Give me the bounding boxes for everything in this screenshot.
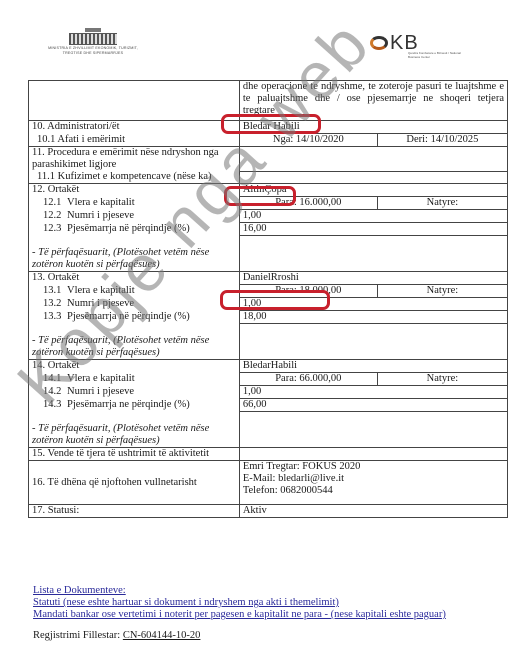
capital-label: 13.1Vlera e kapitalit xyxy=(29,285,240,298)
government-building-icon xyxy=(67,28,119,44)
table-row: - Të përfaqësuarit, (Plotësohet vetëm në… xyxy=(29,412,508,448)
table-row: 10. Administratori/ët Bledar Habili xyxy=(29,121,508,134)
shares-label: 14.2Numri i pjeseve xyxy=(29,386,240,399)
procedure-value xyxy=(239,147,507,172)
empty-cell xyxy=(29,81,240,121)
percentage-label: 14.3Pjesëmarrja ne përqindje (%) xyxy=(29,399,240,412)
registration-code[interactable]: CN-604144-10-20 xyxy=(123,630,201,641)
table-row: 14.1Vlera e kapitalit Para: 66.000,00 Na… xyxy=(29,373,508,386)
capital-kind: Natyre: xyxy=(378,197,507,209)
competence-limits-value xyxy=(239,171,507,184)
capital-label: 12.1Vlera e kapitalit xyxy=(29,197,240,210)
ministry-logo: MINISTRIA E ZHVILLIMIT EKONOMIK, TURIZMI… xyxy=(48,28,138,62)
shares-value: 1,00 xyxy=(239,298,507,311)
partner-label: 13. Ortakët xyxy=(29,272,240,285)
okb-subtitle: Qendra Kombetare e Biznesit / National B… xyxy=(408,52,468,59)
capital-money: Para: 16.000,00 xyxy=(240,197,378,209)
table-row: 14. Ortakët BledarHabili xyxy=(29,360,508,373)
capital-cell: Para: 16.000,00 Natyre: xyxy=(239,197,507,210)
document-link-statute[interactable]: Statuti (nese eshte hartuar si dokument … xyxy=(33,597,446,609)
table-row: 12.2Numri i pjeseve 1,00 xyxy=(29,210,508,223)
table-row: 14.3Pjesëmarrja ne përqindje (%) 66,00 xyxy=(29,399,508,412)
representatives-value xyxy=(239,236,507,272)
initial-registration: Regjistrimi Fillestar: CN-604144-10-20 xyxy=(33,630,200,641)
activity-continuation: dhe operacione te ndryshme, te zoteroje … xyxy=(239,81,507,121)
representatives-label: - Të përfaqësuarit, (Plotësohet vetëm në… xyxy=(29,412,240,448)
shares-label: 12.2Numri i pjeseve xyxy=(29,210,240,223)
table-row: 14.2Numri i pjeseve 1,00 xyxy=(29,386,508,399)
table-row: - Të përfaqësuarit, (Plotësohet vetëm në… xyxy=(29,324,508,360)
percentage-value: 66,00 xyxy=(239,399,507,412)
representatives-label: - Të përfaqësuarit, (Plotësohet vetëm në… xyxy=(29,324,240,360)
capital-cell: Para: 18.000,00 Natyre: xyxy=(239,285,507,298)
competence-limits-label: 11.1 Kufizimet e kompetencave (nëse ka) xyxy=(29,171,240,184)
table-row: 17. Statusi: Aktiv xyxy=(29,505,508,518)
administrator-value: Bledar Habili xyxy=(239,121,507,134)
voluntary-info-label: 16. Të dhëna që njoftohen vullnetarisht xyxy=(29,461,240,505)
shares-value: 1,00 xyxy=(239,386,507,399)
table-row: 13.1Vlera e kapitalit Para: 18.000,00 Na… xyxy=(29,285,508,298)
ministry-name: MINISTRIA E ZHVILLIMIT EKONOMIK, TURIZMI… xyxy=(48,46,138,55)
documents-list-title[interactable]: Lista e Dokumenteve: xyxy=(33,585,446,597)
partner-name: AltinÇopa xyxy=(239,184,507,197)
term-label: 10.1 Afati i emërimit xyxy=(29,134,240,147)
table-row: 11. Procedura e emërimit nëse ndryshon n… xyxy=(29,147,508,172)
table-row: 15. Vende të tjera të ushtrimit të aktiv… xyxy=(29,448,508,461)
term-to: Deri: 14/10/2025 xyxy=(378,134,507,146)
table-row: 10.1 Afati i emërimit Nga: 14/10/2020 De… xyxy=(29,134,508,147)
trade-name: Emri Tregtar: FOKUS 2020 xyxy=(243,461,504,473)
shares-label: 13.2Numri i pjeseve xyxy=(29,298,240,311)
percentage-value: 18,00 xyxy=(239,311,507,324)
capital-money: Para: 18.000,00 xyxy=(240,285,378,297)
document-link-bank-mandate[interactable]: Mandati bankar ose vertetimi i noterit p… xyxy=(33,609,446,621)
partner-label: 14. Ortakët xyxy=(29,360,240,373)
representatives-label: - Të përfaqësuarit, (Plotësohet vetëm në… xyxy=(29,236,240,272)
table-row: - Të përfaqësuarit, (Plotësohet vetëm në… xyxy=(29,236,508,272)
email: E-Mail: bledarli@live.it xyxy=(243,473,504,485)
capital-kind: Natyre: xyxy=(378,373,507,385)
capital-cell: Para: 66.000,00 Natyre: xyxy=(239,373,507,386)
table-row: 16. Të dhëna që njoftohen vullnetarisht … xyxy=(29,461,508,505)
table-row: 12. Ortakët AltinÇopa xyxy=(29,184,508,197)
voluntary-info-value: Emri Tregtar: FOKUS 2020 E-Mail: bledarl… xyxy=(239,461,507,505)
table-row: 13. Ortakët DanielRroshi xyxy=(29,272,508,285)
table-row: 13.2Numri i pjeseve 1,00 xyxy=(29,298,508,311)
other-places-value xyxy=(239,448,507,461)
capital-kind: Natyre: xyxy=(378,285,507,297)
shares-value: 1,00 xyxy=(239,210,507,223)
registry-extract-table: dhe operacione te ndryshme, te zoteroje … xyxy=(28,80,508,518)
table-row: 12.1Vlera e kapitalit Para: 16.000,00 Na… xyxy=(29,197,508,210)
representatives-value xyxy=(239,324,507,360)
table-row: 13.3Pjesëmarrja në përqindje (%) 18,00 xyxy=(29,311,508,324)
administrator-label: 10. Administratori/ët xyxy=(29,121,240,134)
capital-money: Para: 66.000,00 xyxy=(240,373,378,385)
document-header: MINISTRIA E ZHVILLIMIT EKONOMIK, TURIZMI… xyxy=(0,0,526,80)
status-label: 17. Statusi: xyxy=(29,505,240,518)
phone: Telefon: 0682000544 xyxy=(243,485,504,497)
okb-ring-icon xyxy=(370,36,388,50)
term-from: Nga: 14/10/2020 xyxy=(240,134,378,146)
term-cell: Nga: 14/10/2020 Deri: 14/10/2025 xyxy=(239,134,507,147)
percentage-label: 12.3Pjesëmarrja në përqindje (%) xyxy=(29,223,240,236)
procedure-label: 11. Procedura e emërimit nëse ndryshon n… xyxy=(29,147,240,172)
partner-name: BledarHabili xyxy=(239,360,507,373)
table-row: 11.1 Kufizimet e kompetencave (nëse ka) xyxy=(29,171,508,184)
table-row: 12.3Pjesëmarrja në përqindje (%) 16,00 xyxy=(29,223,508,236)
documents-list: Lista e Dokumenteve: Statuti (nese eshte… xyxy=(33,585,446,621)
registration-label: Regjistrimi Fillestar: xyxy=(33,630,123,641)
capital-label: 14.1Vlera e kapitalit xyxy=(29,373,240,386)
okb-logo: KB Qendra Kombetare e Biznesit / Nationa… xyxy=(368,32,468,60)
status-value: Aktiv xyxy=(239,505,507,518)
partner-name: DanielRroshi xyxy=(239,272,507,285)
percentage-value: 16,00 xyxy=(239,223,507,236)
percentage-label: 13.3Pjesëmarrja në përqindje (%) xyxy=(29,311,240,324)
table-row: dhe operacione te ndryshme, te zoteroje … xyxy=(29,81,508,121)
representatives-value xyxy=(239,412,507,448)
partner-label: 12. Ortakët xyxy=(29,184,240,197)
other-places-label: 15. Vende të tjera të ushtrimit të aktiv… xyxy=(29,448,240,461)
